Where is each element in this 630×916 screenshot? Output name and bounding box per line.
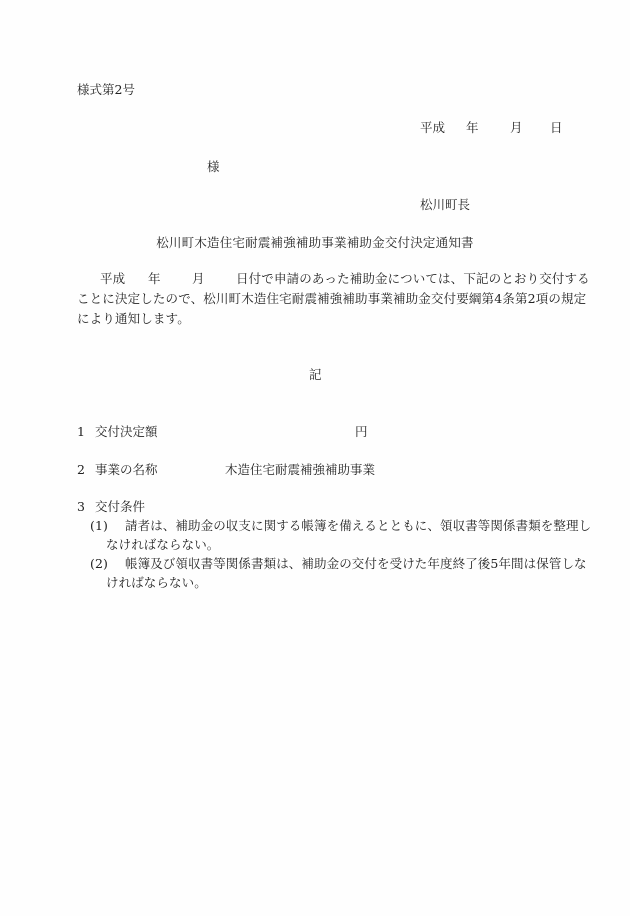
form-number: 様式第2号 <box>77 84 135 97</box>
condition-number: (1) <box>90 520 125 533</box>
item-value: 木造住宅耐震補強補助事業 <box>225 462 375 477</box>
date-day-unit: 日 <box>550 122 563 135</box>
item-grant-amount: 1交付決定額円 <box>77 426 368 439</box>
date-era: 平成 <box>420 122 466 135</box>
condition-text: 請者は、補助金の収支に関する帳簿を備えるとともに、領収書等関係書類を整理し <box>125 518 591 533</box>
document-page: 様式第2号 平成年月日 様 松川町長 松川町木造住宅耐震補強補助事業補助金交付決… <box>0 0 630 916</box>
body-line-1-text: 日付で申請のあった補助金については、下記のとおり交付する <box>236 273 590 286</box>
item-number: 2 <box>77 464 95 477</box>
body-month-unit: 月 <box>192 273 236 286</box>
condition-number: (2) <box>90 558 125 571</box>
condition-2: (2)帳簿及び領収書等関係書類は、補助金の交付を受けた年度終了後5年間は保管しな… <box>90 558 552 596</box>
condition-text-cont: ければならない。 <box>90 577 552 596</box>
date-year-unit: 年 <box>466 122 510 135</box>
body-line-3: により通知します。 <box>77 313 552 333</box>
body-year-unit: 年 <box>148 273 192 286</box>
item-number: 3 <box>77 501 95 514</box>
recipient-suffix: 様 <box>207 161 220 174</box>
record-heading: 記 <box>309 369 322 382</box>
item-label: 交付決定額 <box>95 426 355 439</box>
condition-text: 帳簿及び領収書等関係書類は、補助金の交付を受けた年度終了後5年間は保管しな <box>125 556 587 571</box>
item-label: 事業の名称 <box>95 464 225 477</box>
body-line-2: ことに決定したので、松川町木造住宅耐震補強補助事業補助金交付要綱第4条第2項の規… <box>77 293 552 313</box>
issuer: 松川町長 <box>420 199 470 212</box>
issue-date: 平成年月日 <box>420 122 563 135</box>
body-era: 平成 <box>100 273 148 286</box>
item-label: 交付条件 <box>95 499 145 514</box>
item-project-name: 2事業の名称木造住宅耐震補強補助事業 <box>77 464 375 477</box>
condition-1: (1)請者は、補助金の収支に関する帳簿を備えるとともに、領収書等関係書類を整理し… <box>90 520 552 558</box>
item-number: 1 <box>77 426 95 439</box>
item-value: 円 <box>355 424 368 439</box>
item-conditions: 3交付条件 <box>77 501 145 514</box>
body-line-1: 平成年月日付で申請のあった補助金については、下記のとおり交付する <box>77 273 552 293</box>
document-title: 松川町木造住宅耐震補強補助事業補助金交付決定通知書 <box>0 237 630 250</box>
date-month-unit: 月 <box>510 122 550 135</box>
notice-body: 平成年月日付で申請のあった補助金については、下記のとおり交付する ことに決定した… <box>77 273 552 333</box>
